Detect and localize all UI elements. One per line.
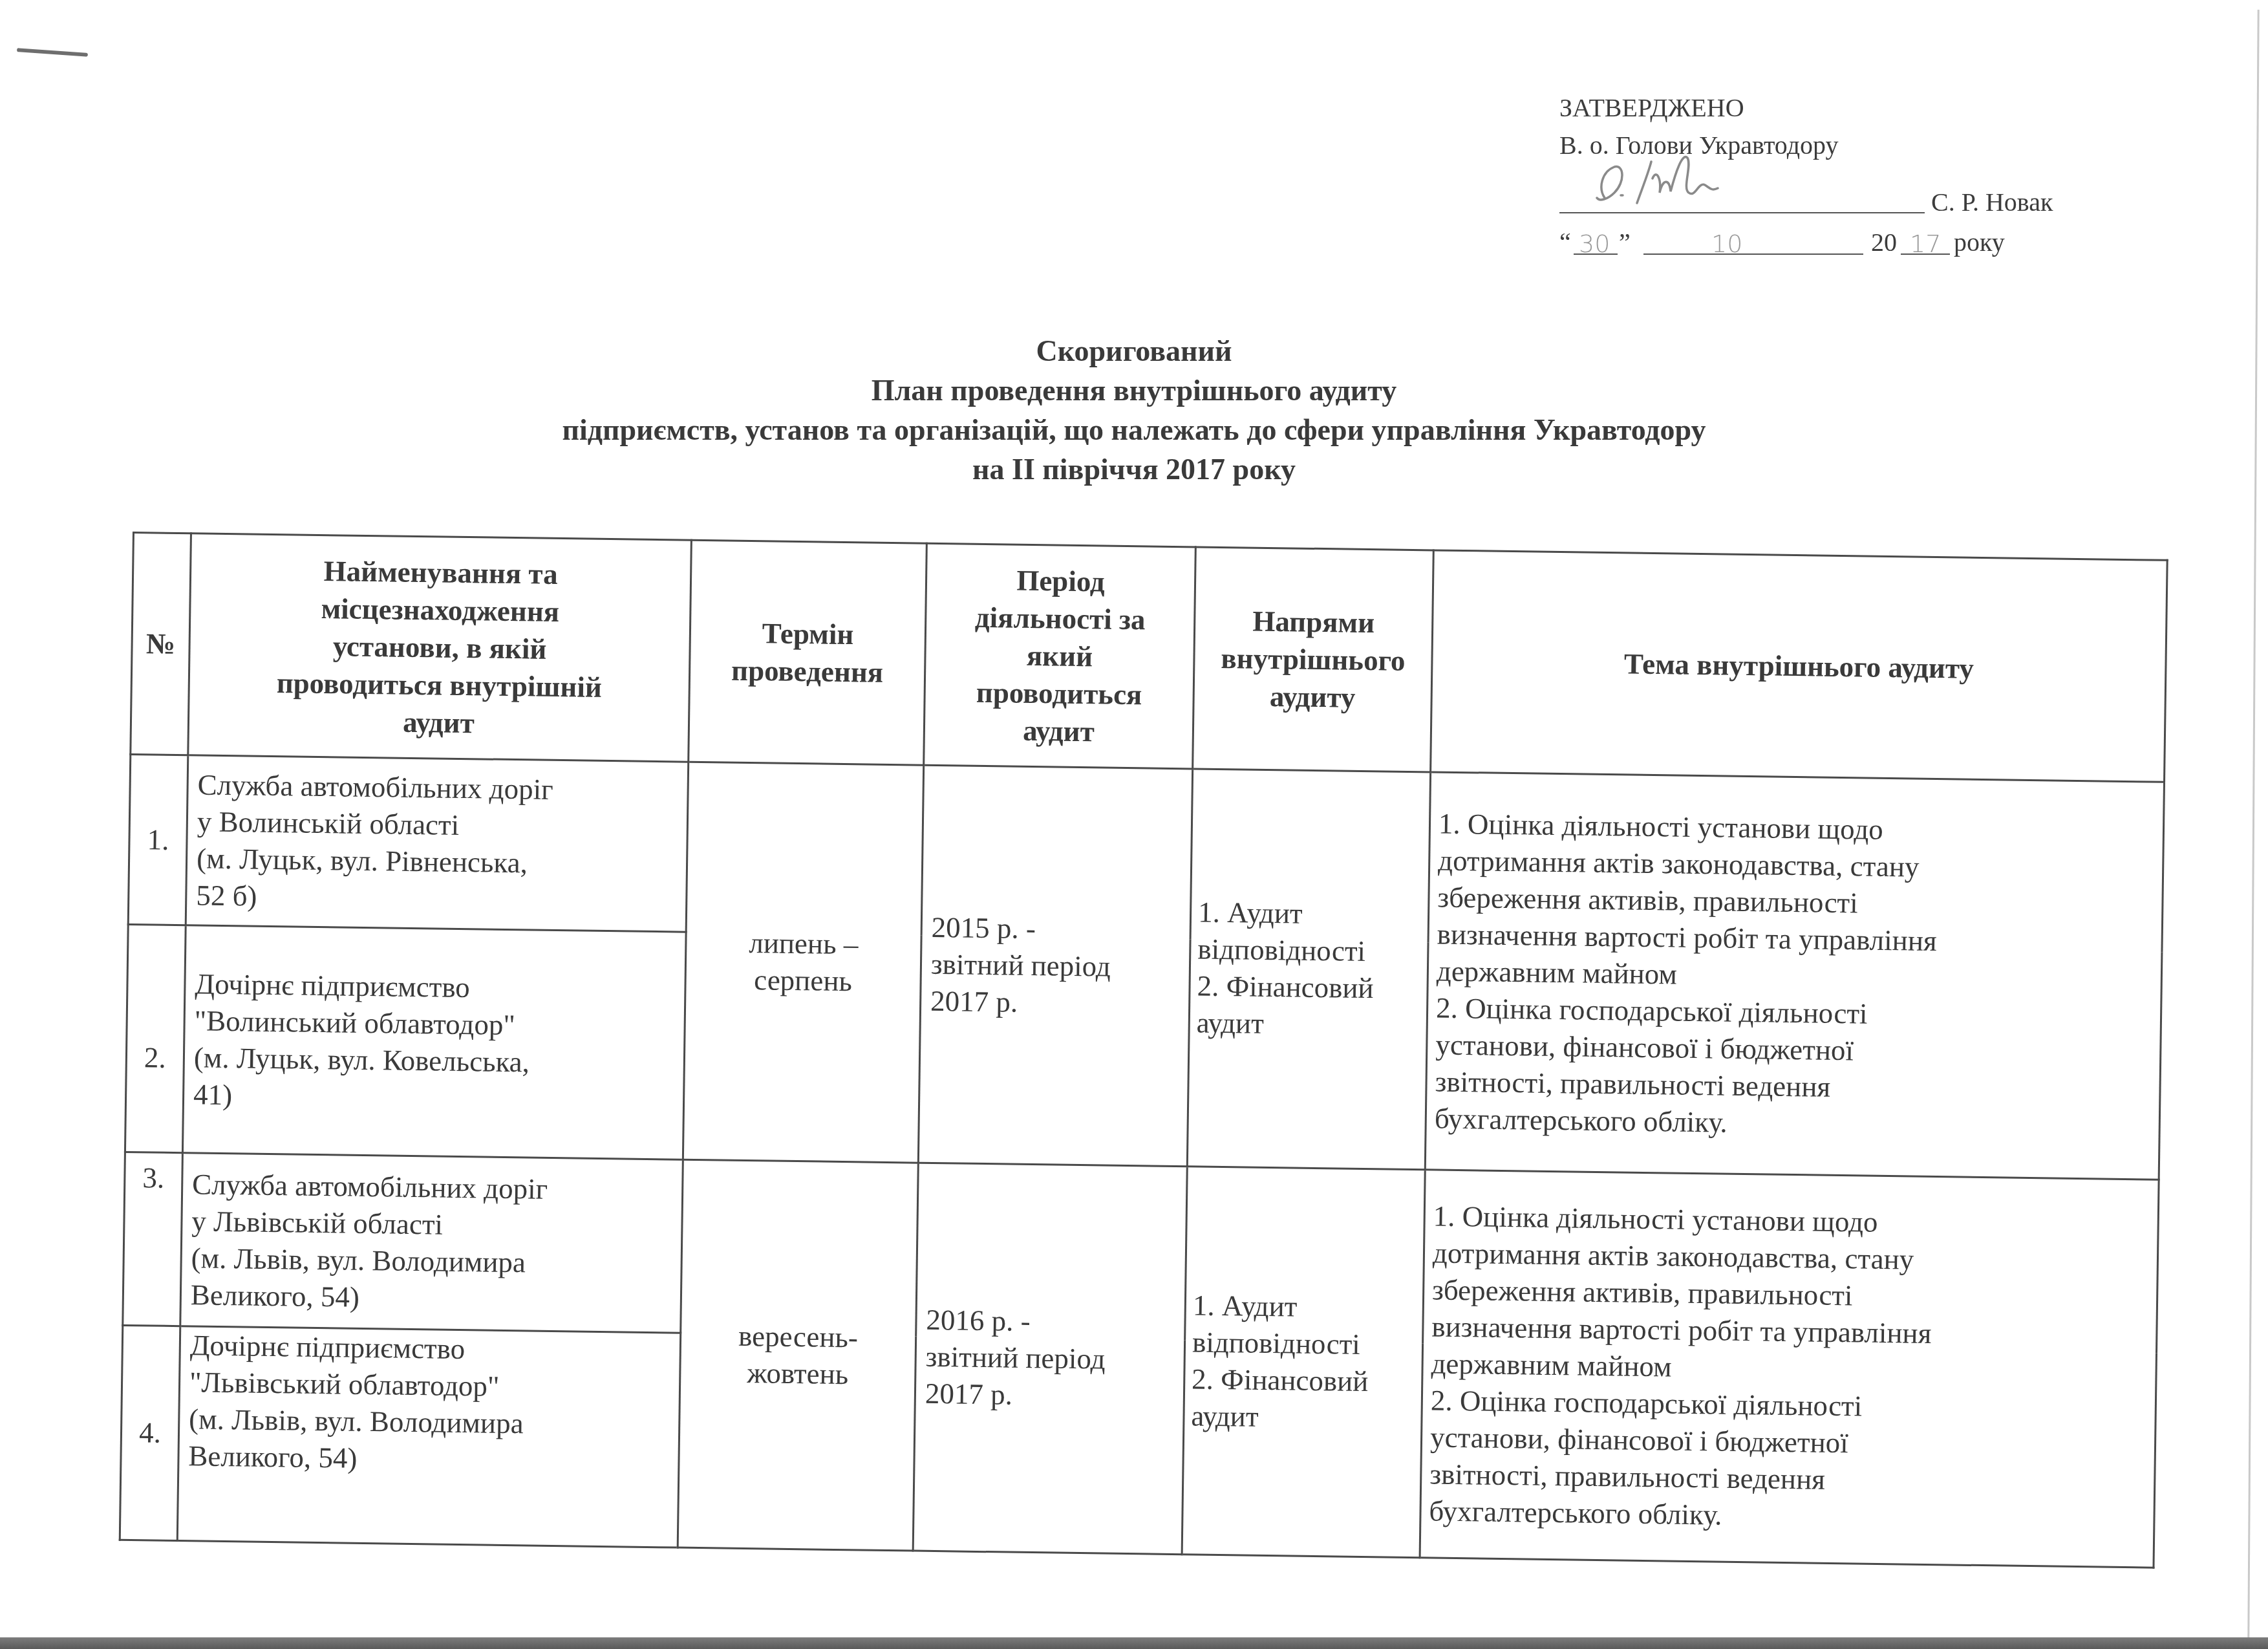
institution-name: Служба автомобільних дорігу Волинській о… <box>186 755 689 932</box>
signature-row: С. Р. Новак <box>1559 164 2141 224</box>
cell-text-line: який <box>931 636 1188 676</box>
cell-text-line: звітний період <box>925 1339 1179 1379</box>
cell-text-line: діяльності за <box>932 598 1189 639</box>
cell-text-line: 2. Фінансовий <box>1197 967 1422 1008</box>
date-month: 10 <box>1711 225 1742 263</box>
date-year-word: року <box>1954 224 2005 261</box>
row-number: 1. <box>128 754 188 925</box>
cell-text-line: Дочірнє підприємство <box>189 1327 674 1370</box>
cell-text-line: Період <box>932 561 1190 601</box>
date-open-quote: “ <box>1559 224 1571 261</box>
audit-period: 2015 р. -звітний період2017 р. <box>918 765 1192 1167</box>
table-header-row: № Найменування тамісцезнаходженняустанов… <box>131 533 2167 782</box>
table-row: 1. Служба автомобільних дорігу Волинські… <box>128 754 2164 952</box>
title-line-3: підприємств, установ та організацій, що … <box>0 410 2268 449</box>
header-num: № <box>131 533 191 755</box>
header-term: Термінпроведення <box>689 540 927 765</box>
audit-theme: 1. Оцінка діяльності установи щододотрим… <box>1425 772 2164 1180</box>
approval-date: “ 30 ” 10 20 17 року <box>1559 224 2141 263</box>
cell-text-line: "Волинський облавтодор" <box>194 1002 679 1046</box>
date-year-suffix: 17 <box>1910 225 1941 263</box>
cell-text-line: 2017 р. <box>930 982 1184 1022</box>
title-line-2: План проведення внутрішнього аудиту <box>0 371 2268 410</box>
cell-text-line: аудиту <box>1199 676 1426 717</box>
cell-text-line: проведення <box>696 651 919 692</box>
cell-text-line: Великого, 54) <box>191 1277 676 1320</box>
cell-text-line: Найменування та <box>197 550 685 594</box>
document-title: Скоригований План проведення внутрішньог… <box>0 331 2268 489</box>
cell-text-line: (м. Львів, вул. Володимира <box>191 1240 676 1283</box>
cell-text-line: Служба автомобільних доріг <box>192 1166 677 1209</box>
cell-text-line: вересень- <box>687 1317 910 1357</box>
institution-name: Дочірнє підприємство"Львівський облавтод… <box>177 1326 680 1548</box>
cell-text-line: 1. Аудит <box>1198 894 1423 934</box>
date-close-quote: ” <box>1619 224 1631 261</box>
cell-text-line: відповідності <box>1192 1324 1417 1364</box>
approval-block: ЗАТВЕРДЖЕНО В. о. Голови Укравтодору С. … <box>1559 89 2141 263</box>
cell-text-line: 2. Фінансовий <box>1192 1361 1417 1401</box>
audit-directions: 1. Аудитвідповідності2. Фінансовийаудит <box>1187 769 1430 1170</box>
row-number: 3. <box>123 1152 183 1326</box>
cell-text-line: відповідності <box>1197 931 1422 971</box>
title-line-1: Скоригований <box>0 331 2268 371</box>
paper-edge <box>2247 10 2259 1639</box>
cell-text-line: у Львівській області <box>191 1203 676 1246</box>
scan-artifact-mark <box>17 48 88 57</box>
institution-name: Служба автомобільних дорігу Львівській о… <box>180 1153 683 1333</box>
scanner-strip <box>0 1637 2268 1649</box>
header-name: Найменування тамісцезнаходженняустанови,… <box>188 533 692 762</box>
table-row: 3. Служба автомобільних дорігу Львівські… <box>123 1152 2159 1353</box>
cell-text-line: 2015 р. - <box>931 909 1184 949</box>
cell-text-line: жовтень <box>686 1353 910 1394</box>
cell-text-line: 2016 р. - <box>926 1302 1179 1342</box>
row-number: 4. <box>120 1325 180 1540</box>
title-line-4: на II півріччя 2017 року <box>0 449 2268 489</box>
cell-text-line: Тема внутрішнього аудиту <box>1438 643 2160 690</box>
audit-theme: 1. Оцінка діяльності установи щододотрим… <box>1420 1170 2159 1568</box>
signatory-name: С. Р. Новак <box>1931 184 2053 221</box>
cell-text-line: Служба автомобільних доріг <box>197 766 682 810</box>
audit-term: липень –серпень <box>683 762 923 1163</box>
approved-label: ЗАТВЕРДЖЕНО <box>1559 89 2141 127</box>
audit-plan-table: № Найменування тамісцезнаходженняустанов… <box>119 532 2168 1569</box>
cell-text-line: серпень <box>691 961 915 1001</box>
cell-text-line: аудит <box>1196 1004 1421 1044</box>
signature-line <box>1559 212 1925 213</box>
row-number: 2. <box>125 924 186 1152</box>
cell-text-line: установи, в якій <box>195 625 684 669</box>
cell-text-line: місцезнаходження <box>196 588 685 632</box>
cell-text-line: 52 б) <box>196 877 681 920</box>
cell-text-line: у Волинській області <box>197 803 682 846</box>
cell-text-line: липень – <box>692 924 915 964</box>
cell-text-line: Великого, 54) <box>188 1438 673 1481</box>
cell-text-line: внутрішнього <box>1200 640 1426 680</box>
header-theme: Тема внутрішнього аудиту <box>1431 550 2168 782</box>
cell-text-line: (м. Львів, вул. Володимира <box>189 1401 674 1444</box>
signature-icon <box>1585 153 1799 211</box>
cell-text-line: аудит <box>195 700 683 744</box>
cell-text-line: звітний період <box>931 945 1184 986</box>
audit-period: 2016 р. -звітний період2017 р. <box>913 1163 1187 1555</box>
header-period: Періоддіяльності заякийпроводитьсяаудит <box>924 543 1196 769</box>
cell-text-line: "Львівський облавтодор" <box>189 1364 674 1407</box>
cell-text-line: Напрями <box>1201 602 1427 643</box>
date-day: 30 <box>1579 225 1610 263</box>
cell-text-line: аудит <box>930 711 1188 751</box>
header-directions: Напрямивнутрішньогоаудиту <box>1193 547 1434 772</box>
date-year-prefix: 20 <box>1871 224 1897 261</box>
audit-term: вересень-жовтень <box>678 1159 918 1551</box>
cell-text-line: Дочірнє підприємство <box>195 965 679 1009</box>
cell-text-line: 2017 р. <box>925 1375 1179 1416</box>
cell-text-line: Термін <box>696 614 920 654</box>
institution-name: Дочірнє підприємство"Волинський облавтод… <box>182 925 686 1160</box>
cell-text-line: 1. Аудит <box>1192 1287 1417 1327</box>
cell-text-line: 41) <box>193 1076 678 1119</box>
cell-text-line: (м. Луцьк, вул. Ковельська, <box>194 1039 679 1083</box>
cell-text-line: проводиться внутрішній <box>195 663 683 707</box>
cell-text-line: (м. Луцьк, вул. Рівненська, <box>197 840 681 883</box>
cell-text-line: проводиться <box>930 673 1188 714</box>
cell-text-line: аудит <box>1191 1397 1416 1438</box>
audit-directions: 1. Аудитвідповідності2. Фінансовийаудит <box>1182 1167 1425 1558</box>
